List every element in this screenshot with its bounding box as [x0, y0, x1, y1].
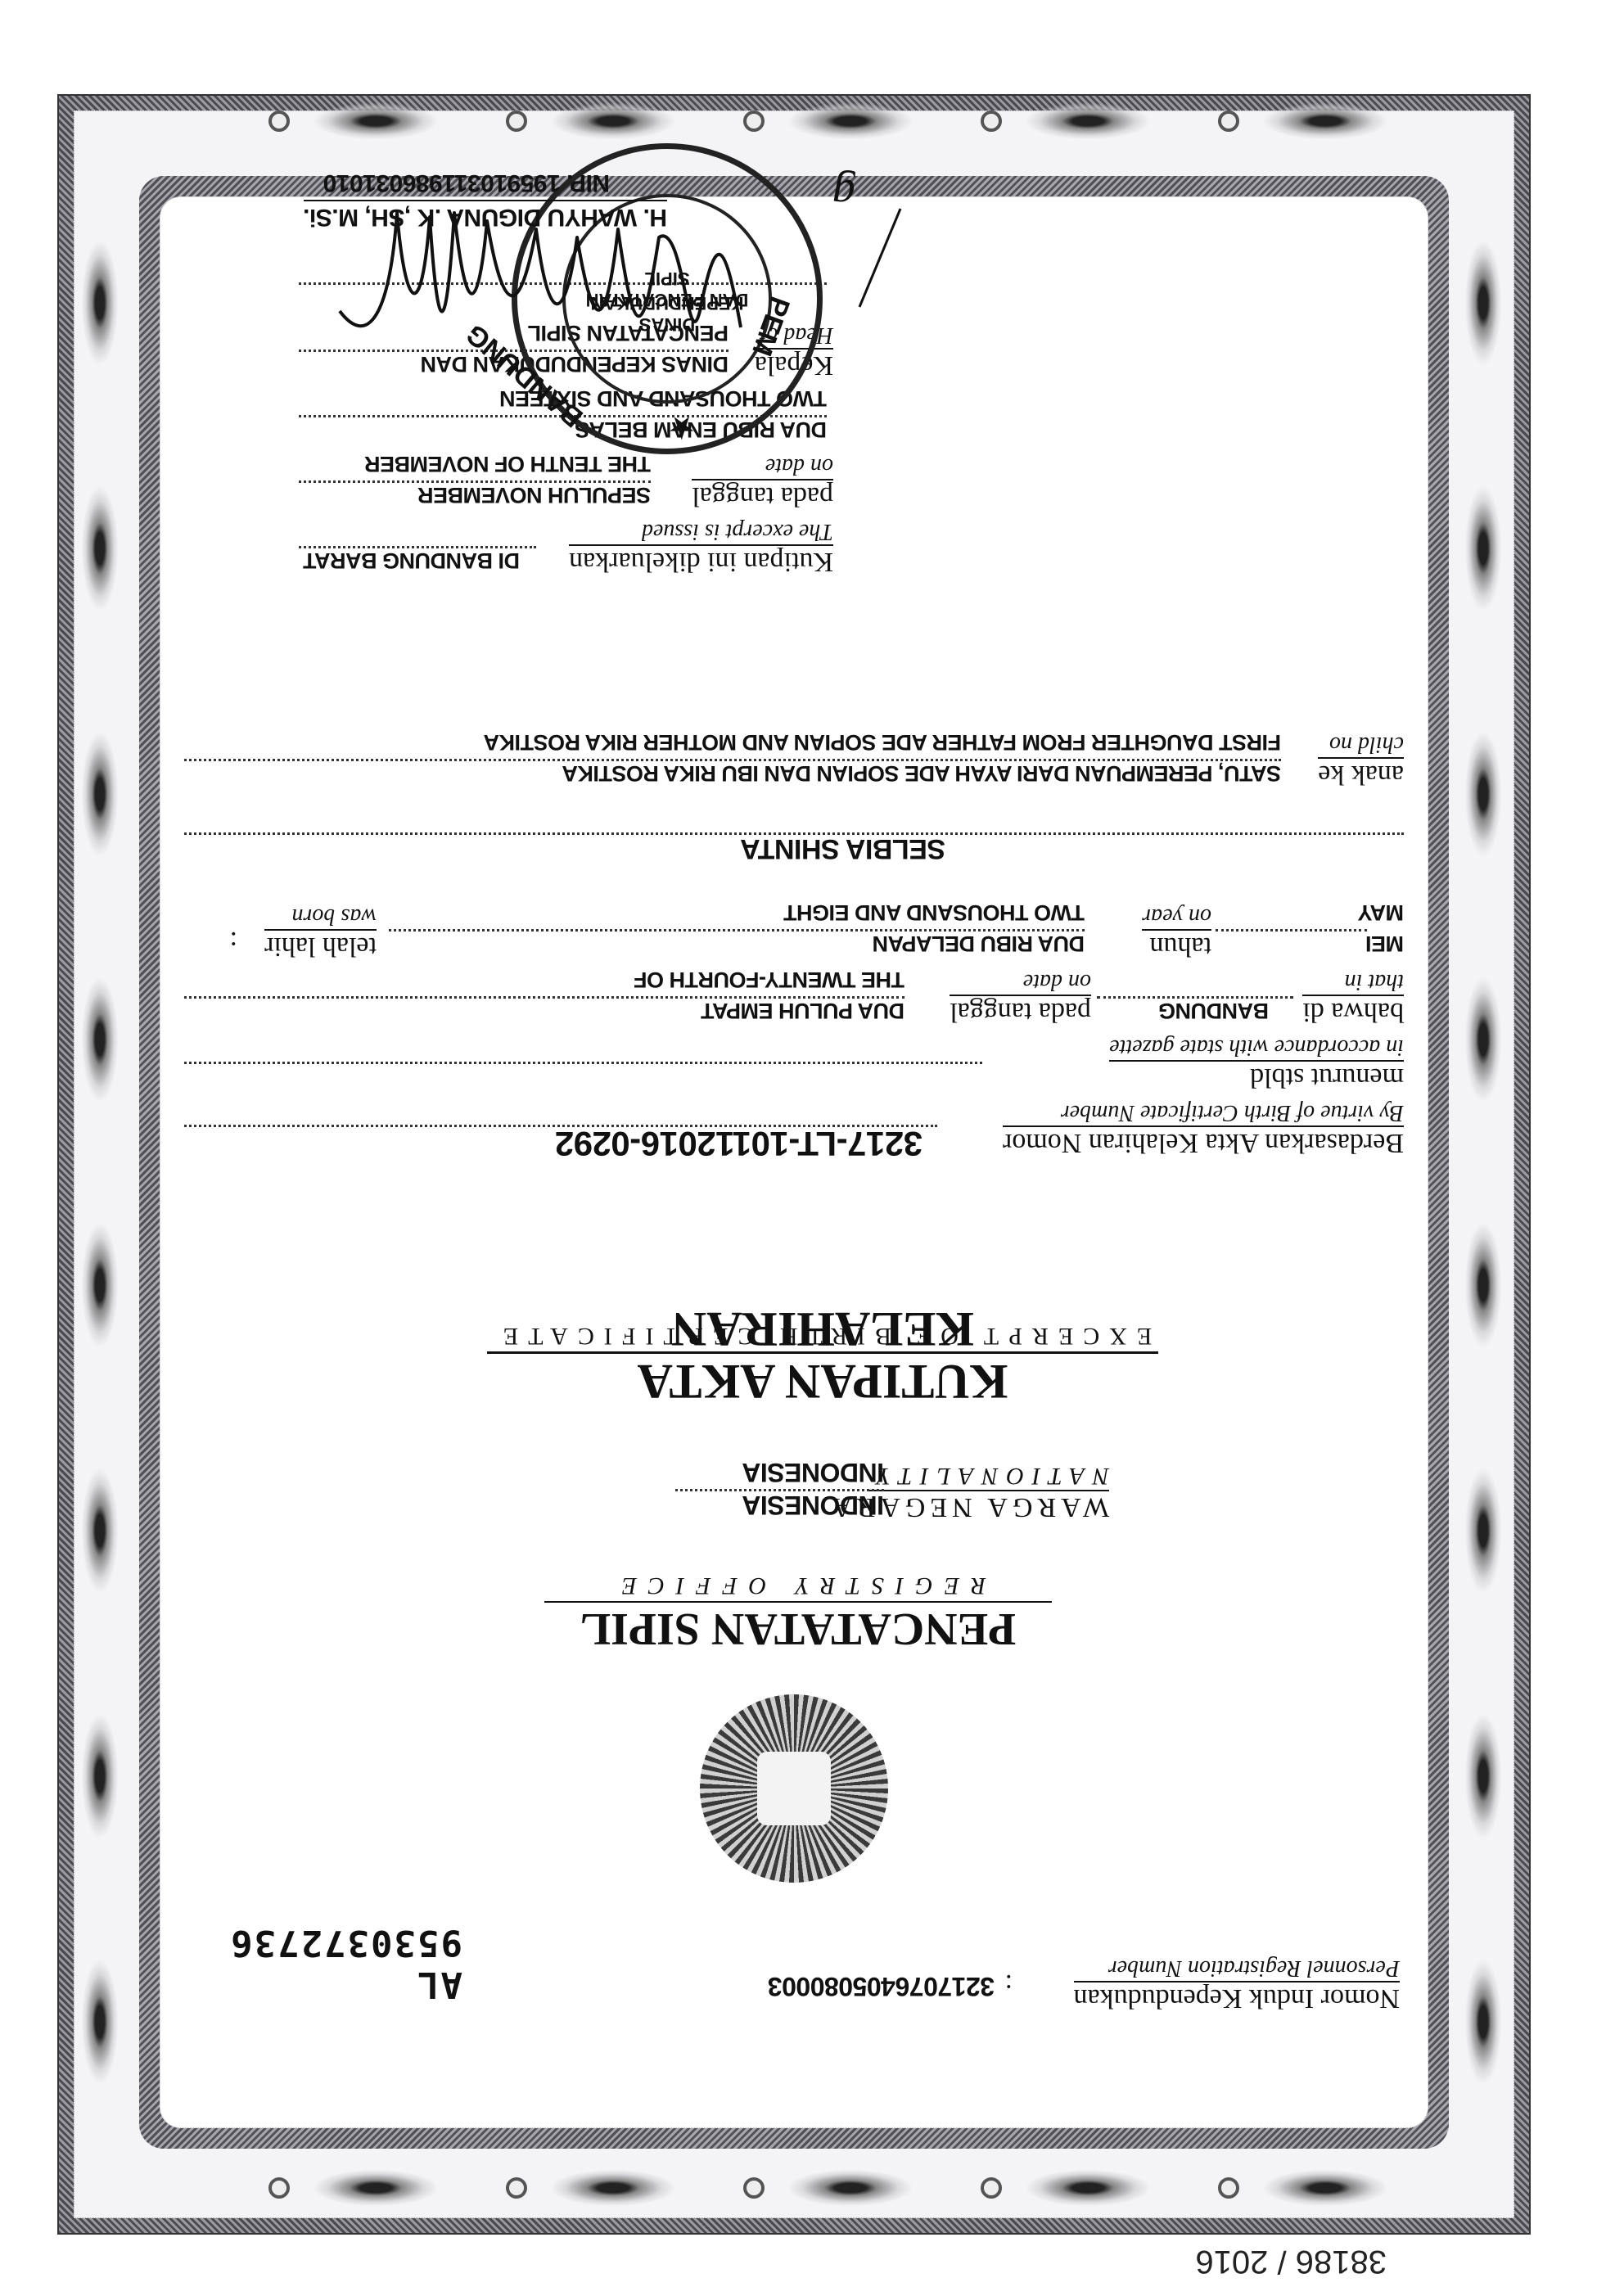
birth-place-label-en: that in — [1302, 968, 1404, 996]
border-ornament-icon — [314, 2170, 437, 2206]
certificate-content: Nomor Induk Kependudukan Personnel Regis… — [160, 196, 1428, 2128]
child-name: SELBIA SHINTA — [741, 834, 945, 864]
issued-date-value: SEPULUH NOVEMBER — [417, 483, 651, 507]
border-ornament-icon — [82, 487, 118, 610]
registry-index: 38186 / 2016 — [1195, 2243, 1387, 2280]
border-ring-icon — [981, 111, 1002, 132]
border-ornament-icon — [82, 1715, 118, 1838]
birth-year-label: tahun — [1142, 931, 1211, 962]
border-ring-icon — [268, 2177, 290, 2199]
document-title: KUTIPAN AKTA KELAHIRAN — [487, 1303, 1158, 1408]
nationality-value: INDONESIA — [742, 1493, 884, 1518]
birth-date-label-en: on date — [950, 968, 1091, 996]
issued-place-label: Kutipan ini dikeluarkan — [569, 546, 833, 577]
border-ornament-icon — [82, 1469, 118, 1592]
border-ornament-icon — [82, 1224, 118, 1346]
border-ornament-icon — [1264, 2170, 1387, 2206]
nationality-label-en: NATIONALITY — [868, 1462, 1109, 1491]
border-ornament-icon — [314, 103, 437, 139]
issued-date-value-en: THE TENTH OF NOVEMBER — [364, 452, 651, 476]
nik-label: Nomor Induk Kependudukan — [1074, 1982, 1400, 2014]
serial-number: AL 9530372736 — [160, 1922, 462, 2005]
gazette-label: menurut stbld — [1109, 1062, 1404, 1093]
border-ornament-icon — [82, 733, 118, 855]
border-ornament-icon — [789, 103, 912, 139]
nik-separator: : — [1005, 1968, 1013, 1999]
issued-place-value: DI BANDUNG BARAT — [304, 548, 520, 573]
border-ornament-icon — [1465, 487, 1501, 610]
border-ornament-icon — [1465, 1960, 1501, 2083]
nik-value: 3217076405080003 — [768, 1974, 995, 1999]
border-ring-icon — [268, 111, 290, 132]
border-ring-icon — [1218, 2177, 1239, 2199]
birth-year-value-en: TWO THOUSAND AND EIGHT — [784, 900, 1085, 925]
birth-certificate-page: 38186 / 2016 Nomor Induk Kependudukan Pe… — [0, 0, 1624, 2296]
official-nip: NIP. 195910311986031010 — [323, 170, 610, 195]
border-ring-icon — [506, 2177, 527, 2199]
was-born-label: telah lahir — [264, 931, 377, 962]
border-ornament-icon — [82, 978, 118, 1101]
gazette-value — [184, 1062, 982, 1064]
initial-mark: g — [832, 169, 855, 221]
border-ornament-icon — [789, 2170, 912, 2206]
birth-date-value-en: THE TWENTY-FOURTH OF — [634, 968, 904, 992]
issued-place-label-en: The excerpt is issued — [569, 518, 833, 546]
issued-date-label-en: on date — [692, 453, 833, 480]
border-ornament-icon — [82, 241, 118, 364]
border-ring-icon — [743, 2177, 765, 2199]
certificate-number-label-en: By virtue of Birth Certificate Number — [1003, 1099, 1404, 1127]
border-ornament-icon — [1465, 241, 1501, 364]
garuda-emblem-icon — [700, 1694, 888, 1883]
border-ornament-icon — [1465, 978, 1501, 1101]
border-ornament-icon — [82, 1960, 118, 2083]
border-ornament-icon — [1264, 103, 1387, 139]
border-ornament-icon — [1465, 1224, 1501, 1346]
child-order-label: anak ke — [1318, 759, 1404, 790]
birth-place-label: bahwa di — [1302, 996, 1404, 1027]
office-title: PENCATATAN SIPIL — [544, 1604, 1052, 1653]
child-order-label-en: child no — [1318, 731, 1404, 759]
gazette-label-en: in accordance with state gazette — [1109, 1034, 1404, 1062]
birth-date-label: pada tanggal — [950, 996, 1091, 1027]
birth-year-label-en: on year — [1142, 903, 1211, 931]
border-ring-icon — [506, 111, 527, 132]
border-ring-icon — [1218, 111, 1239, 132]
issued-date-label: pada tanggal — [692, 480, 833, 512]
child-order-value: SATU, PEREMPUAN DARI AYAH ADE SOPIAN DAN… — [562, 761, 1281, 786]
certificate-number-label: Berdasarkan Akta Kelahiran Nomor — [1003, 1127, 1404, 1158]
birth-month-value: MEI — [1365, 931, 1404, 956]
birth-place-value: BANDUNG — [1159, 999, 1270, 1023]
nik-label-en: Personnel Registration Number — [1074, 1955, 1400, 1982]
border-ornament-icon — [1465, 1469, 1501, 1592]
birth-month-value-en: MAY — [1358, 900, 1404, 925]
official-name: H. WAHYU DIGUNA .K ,SH, M.Si. — [304, 200, 667, 229]
border-ornament-icon — [552, 2170, 674, 2206]
nationality-value-en: INDONESIA — [742, 1460, 884, 1485]
child-order-value-en: FIRST DAUGHTER FROM FATHER ADE SOPIAN AN… — [484, 730, 1281, 755]
border-ornament-icon — [1465, 1715, 1501, 1838]
office-title-en: REGISTRY OFFICE — [544, 1572, 1052, 1603]
border-ring-icon — [743, 111, 765, 132]
document-title-en: EXCERPT OF BIRTH CERTIFICATE — [487, 1322, 1158, 1354]
border-ornament-icon — [1026, 103, 1149, 139]
border-ornament-icon — [1465, 733, 1501, 855]
certificate-number-value: 3217-LT-10112016-0292 — [555, 1125, 923, 1162]
was-born-label-en: was born — [264, 903, 377, 931]
birth-year-value: DUA RIBU DELAPAN — [873, 931, 1085, 956]
border-ornament-icon — [552, 103, 674, 139]
border-ring-icon — [981, 2177, 1002, 2199]
birth-date-value: DUA PULUH EMPAT — [701, 999, 905, 1023]
border-ornament-icon — [1026, 2170, 1149, 2206]
